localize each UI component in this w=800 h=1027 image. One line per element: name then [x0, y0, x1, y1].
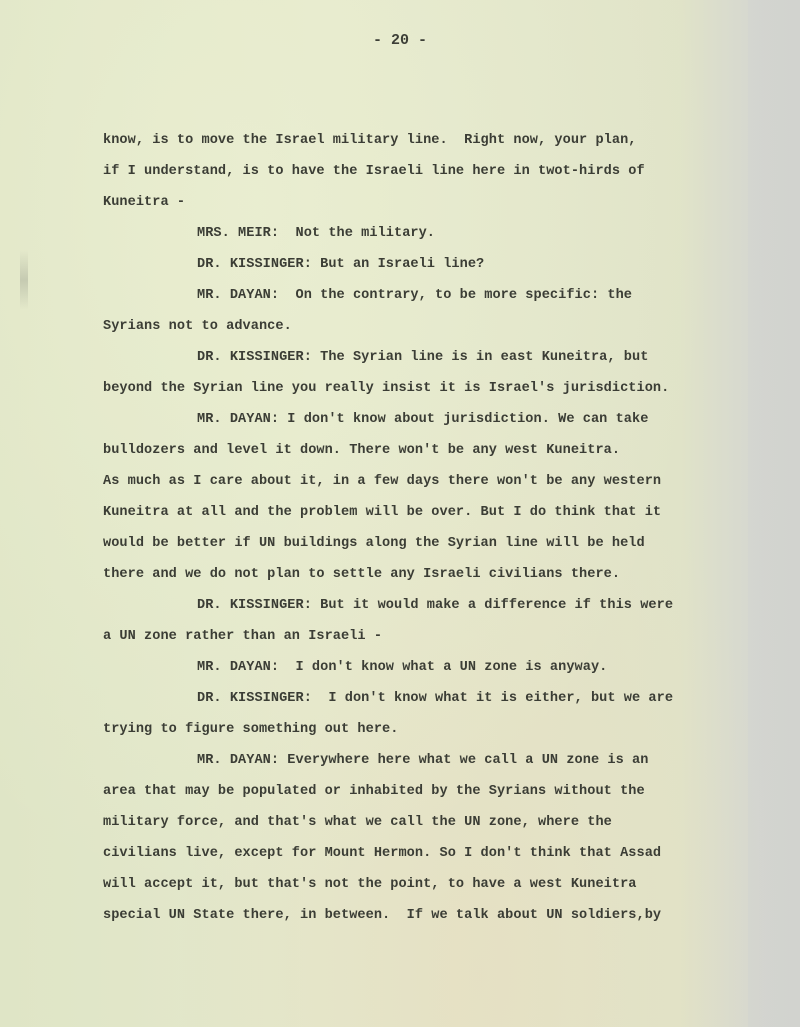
text-line: know, is to move the Israel military lin…	[103, 125, 753, 156]
text-line: Kuneitra -	[103, 187, 753, 218]
transcript-body: know, is to move the Israel military lin…	[103, 125, 753, 931]
speaker-turn-line: MR. DAYAN: I don't know about jurisdicti…	[103, 404, 753, 435]
page-number: - 20 -	[0, 32, 800, 49]
text-line: area that may be populated or inhabited …	[103, 776, 753, 807]
scan-smudge	[20, 250, 28, 310]
text-line: would be better if UN buildings along th…	[103, 528, 753, 559]
text-line: special UN State there, in between. If w…	[103, 900, 753, 931]
speaker-turn-line: MR. DAYAN: Everywhere here what we call …	[103, 745, 753, 776]
text-line: a UN zone rather than an Israeli -	[103, 621, 753, 652]
text-line: As much as I care about it, in a few day…	[103, 466, 753, 497]
speaker-turn-line: DR. KISSINGER: I don't know what it is e…	[103, 683, 753, 714]
text-line: Syrians not to advance.	[103, 311, 753, 342]
text-line: if I understand, is to have the Israeli …	[103, 156, 753, 187]
scan-edge-strip	[748, 0, 800, 1027]
text-line: will accept it, but that's not the point…	[103, 869, 753, 900]
speaker-turn-line: MRS. MEIR: Not the military.	[103, 218, 753, 249]
text-line: beyond the Syrian line you really insist…	[103, 373, 753, 404]
text-line: trying to figure something out here.	[103, 714, 753, 745]
speaker-turn-line: DR. KISSINGER: But it would make a diffe…	[103, 590, 753, 621]
speaker-turn-line: MR. DAYAN: On the contrary, to be more s…	[103, 280, 753, 311]
text-line: bulldozers and level it down. There won'…	[103, 435, 753, 466]
text-line: civilians live, except for Mount Hermon.…	[103, 838, 753, 869]
text-line: Kuneitra at all and the problem will be …	[103, 497, 753, 528]
speaker-turn-line: DR. KISSINGER: The Syrian line is in eas…	[103, 342, 753, 373]
text-line: military force, and that's what we call …	[103, 807, 753, 838]
speaker-turn-line: DR. KISSINGER: But an Israeli line?	[103, 249, 753, 280]
text-line: there and we do not plan to settle any I…	[103, 559, 753, 590]
speaker-turn-line: MR. DAYAN: I don't know what a UN zone i…	[103, 652, 753, 683]
